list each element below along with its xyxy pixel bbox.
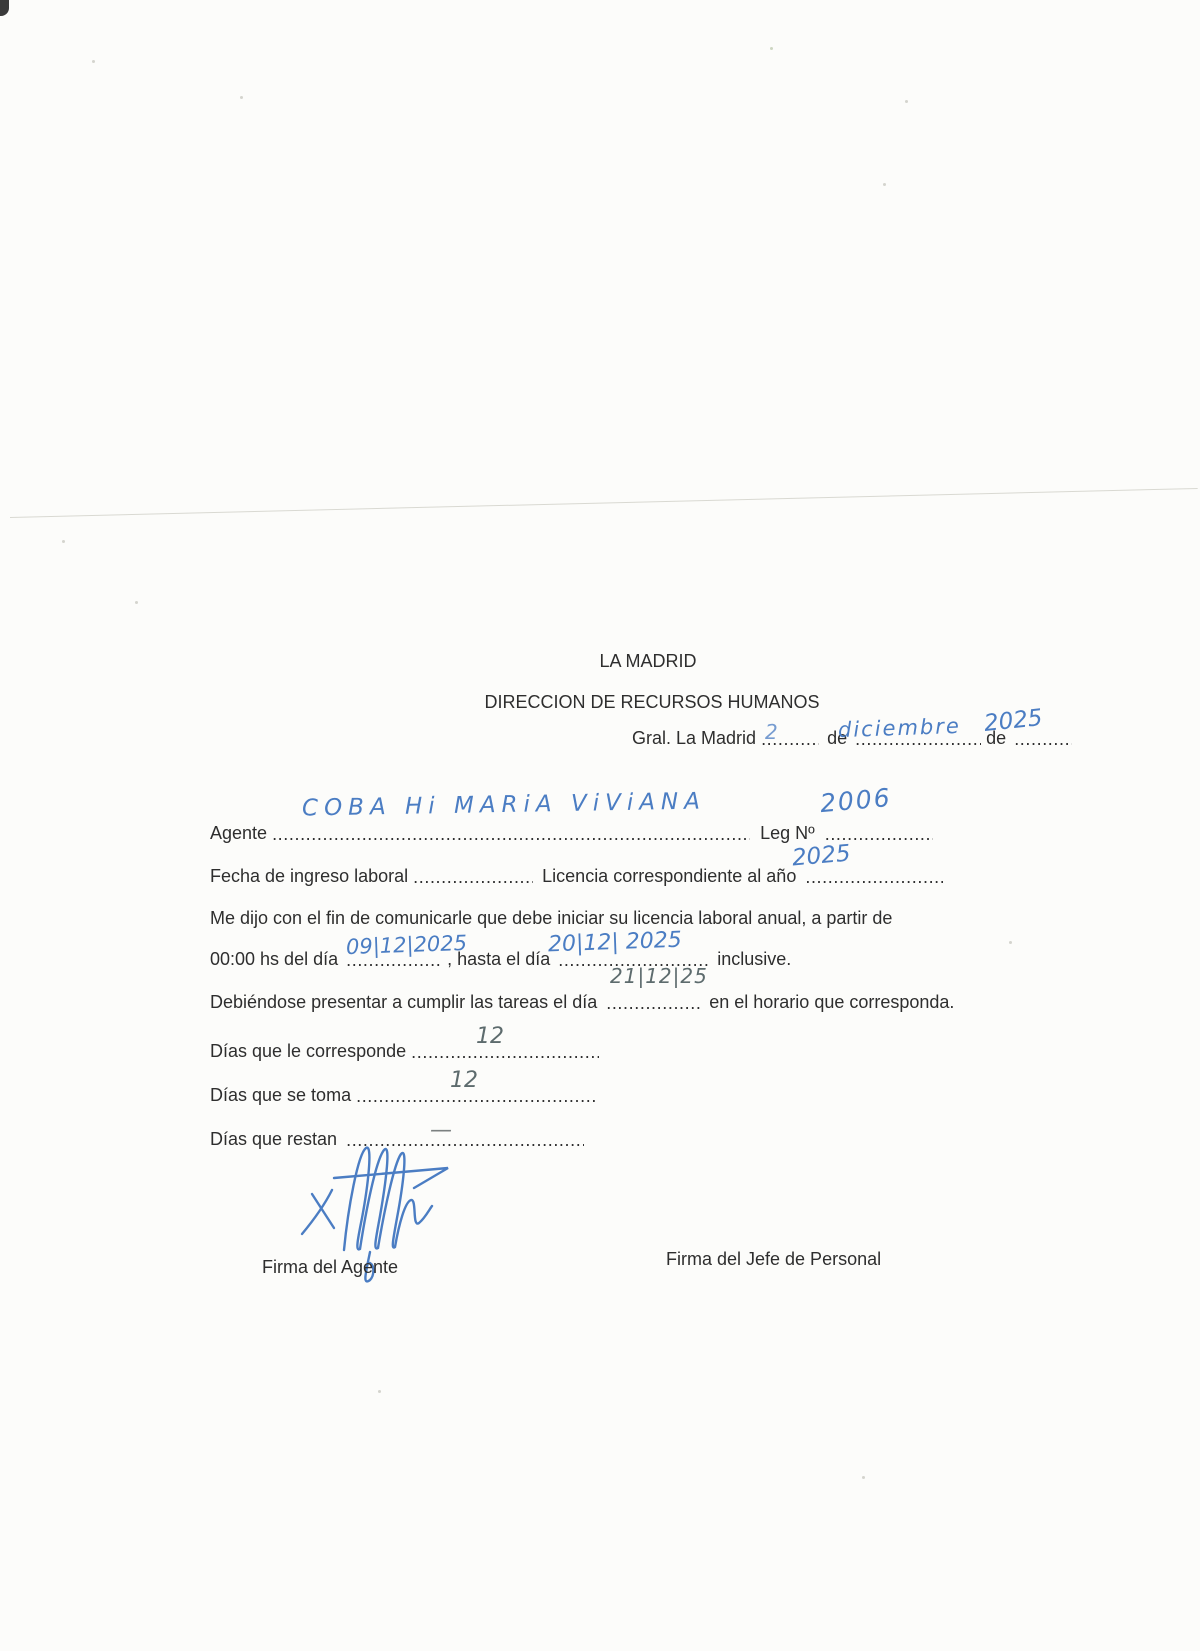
- return-suffix: en el horario que corresponda.: [709, 992, 954, 1012]
- scan-speckle: [240, 96, 243, 99]
- scan-speckle: [92, 60, 95, 63]
- handwritten-leg-number: 2006: [819, 787, 892, 815]
- leave-start-label: 00:00 hs del día: [210, 949, 338, 969]
- date-line-prefix: Gral. La Madrid: [632, 728, 756, 748]
- license-year-label: Licencia correspondiente al año: [542, 866, 796, 886]
- handwritten-month: diciembre: [838, 715, 962, 741]
- days-taken-line: Días que se toma .......................…: [210, 1084, 598, 1106]
- handwritten-end-date: 20|12| 2025: [548, 930, 682, 957]
- scan-speckle: [135, 601, 138, 604]
- dot-leader: ........................................…: [413, 867, 533, 887]
- agent-signature-label: Firma del Agente: [262, 1256, 398, 1278]
- scan-page-edge-line: [10, 488, 1198, 518]
- handwritten-days-taken: 12: [450, 1070, 478, 1092]
- scan-speckle: [770, 47, 773, 50]
- days-entitled-line: Días que le corresponde ................…: [210, 1040, 599, 1062]
- scan-speckle: [378, 1390, 381, 1393]
- handwritten-days-entitled: 12: [476, 1026, 504, 1048]
- entry-date-line: Fecha de ingreso laboral ...............…: [210, 865, 943, 887]
- chief-signature-label-text: Firma del Jefe de Personal: [666, 1249, 881, 1269]
- dot-leader: ........................................…: [606, 993, 700, 1013]
- inclusive-label: inclusive.: [717, 949, 791, 969]
- scan-corner-artifact: [0, 0, 9, 16]
- return-prefix: Debiéndose presentar a cumplir las tarea…: [210, 992, 597, 1012]
- handwritten-day: 2: [765, 721, 778, 743]
- scan-speckle: [905, 100, 908, 103]
- leg-number-label: Leg Nº: [760, 823, 815, 843]
- scan-speckle: [862, 1476, 865, 1479]
- scan-speckle: [1009, 941, 1012, 944]
- handwritten-start-date: 09|12|2025: [346, 932, 468, 958]
- handwritten-license-year: 2025: [791, 842, 851, 869]
- chief-signature-label: Firma del Jefe de Personal: [666, 1248, 881, 1270]
- agent-label: Agente: [210, 823, 267, 843]
- agent-line: Agente .................................…: [210, 822, 933, 844]
- date-line: Gral. La Madrid ........................…: [632, 727, 1072, 749]
- notice-sentence-text: Me dijo con el fin de comunicarle que de…: [210, 908, 892, 928]
- days-entitled-label: Días que le corresponde: [210, 1041, 406, 1061]
- dot-leader: ........................................…: [805, 867, 943, 887]
- org-title: LA MADRID: [599, 650, 696, 672]
- org-subtitle: DIRECCION DE RECURSOS HUMANOS: [484, 691, 819, 713]
- scanned-document-page: LA MADRID DIRECCION DE RECURSOS HUMANOS …: [0, 0, 1200, 1651]
- dot-leader: ........................................…: [411, 1042, 599, 1062]
- return-line: Debiéndose presentar a cumplir las tarea…: [210, 991, 954, 1013]
- handwritten-agent-name: COBA Hi MARiA ViViANA: [302, 790, 706, 819]
- handwritten-year: 2025: [983, 707, 1044, 735]
- notice-sentence: Me dijo con el fin de comunicarle que de…: [210, 907, 892, 929]
- handwritten-return-date: 21|12|25: [610, 965, 708, 987]
- scan-speckle: [62, 540, 65, 543]
- dot-leader: ........................................…: [272, 824, 750, 844]
- entry-date-label: Fecha de ingreso laboral: [210, 866, 408, 886]
- agent-signature-label-text: Firma del Agente: [262, 1257, 398, 1277]
- days-taken-label: Días que se toma: [210, 1085, 351, 1105]
- scan-speckle: [883, 183, 886, 186]
